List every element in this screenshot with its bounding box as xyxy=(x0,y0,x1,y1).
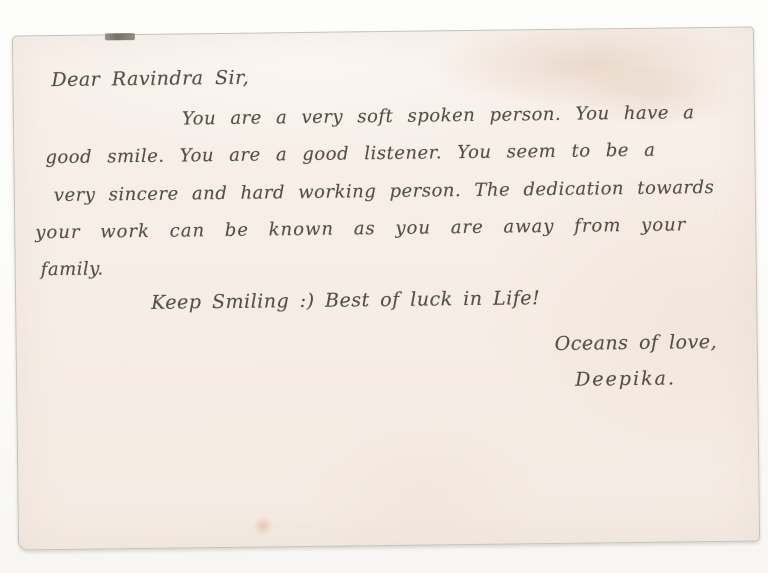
top-edge-smudge xyxy=(105,33,135,40)
letter-salutation: Dear Ravindra Sir, xyxy=(51,67,249,91)
letter-body-line-2: good smile. You are a good listener. You… xyxy=(45,140,655,168)
letter-signoff: Oceans of love, xyxy=(555,331,718,355)
letter-body-line-3: very sincere and hard working person. Th… xyxy=(54,177,715,206)
letter-paper: Dear Ravindra Sir, You are a very soft s… xyxy=(12,26,760,550)
letter-body-line-1: You are a very soft spoken person. You h… xyxy=(182,102,695,129)
letter-closing-line: Keep Smiling :) Best of luck in Life! xyxy=(151,287,540,314)
letter-signature: Deepika. xyxy=(575,367,676,390)
letter-body-line-4: your work can be known as you are away f… xyxy=(35,214,686,243)
photo-background: Dear Ravindra Sir, You are a very soft s… xyxy=(0,0,768,573)
letter-body-line-5: family. xyxy=(41,258,104,280)
